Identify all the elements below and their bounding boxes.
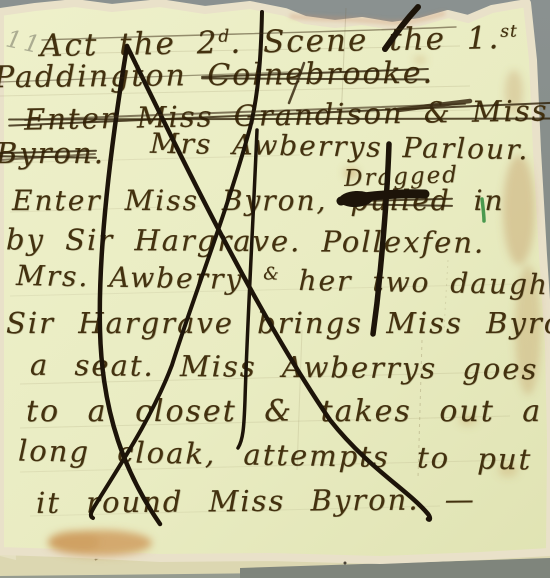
text-segment: it round Miss Byron. —	[36, 482, 476, 520]
line-action-1: Sir Hargrave brings Miss Byron	[6, 306, 550, 340]
text-segment: in	[451, 184, 505, 217]
line-action-5: it round Miss Byron. —	[36, 482, 476, 520]
text-segment: a seat. Miss Awberrys goes	[30, 348, 539, 386]
text-segment: long cloak, attempts to put	[18, 434, 533, 477]
text-segment: &	[263, 265, 279, 285]
text-segment: .	[94, 136, 105, 170]
text-segment: Enter Miss Byron,	[12, 184, 350, 217]
line-action-2: a seat. Miss Awberrys goes	[30, 348, 539, 386]
text-segment: pulled	[350, 184, 450, 217]
text-segment: to a closet & takes out a	[26, 394, 542, 429]
text-segment: Sir Hargrave brings Miss Byron	[6, 306, 550, 340]
text-segment: Paddington	[0, 58, 207, 95]
text-segment: .	[422, 56, 434, 91]
line-cancelled-direction-2: Byron.	[0, 136, 105, 170]
text-segment: st	[500, 22, 518, 42]
text-segment: Byron	[0, 136, 94, 170]
line-location: Paddington Colnebrooke.	[0, 56, 434, 96]
line-characters: Mrs. Awberry & her two daughtrs	[16, 259, 550, 302]
text-segment: by Sir Hargrave. Pollexfen.	[6, 222, 485, 259]
handwriting: 11 Act the 2d. Scene the 1.st Paddington…	[0, 0, 550, 578]
line-by-direction: by Sir Hargrave. Pollexfen.	[6, 222, 485, 259]
line-enter-direction: Enter Miss Byron, pulled in	[12, 184, 505, 217]
text-segment: Mrs. Awberry	[16, 259, 264, 296]
text-segment: . Scene the 1.	[230, 20, 501, 61]
text-segment: her two daughtrs	[278, 264, 550, 302]
line-setting: Mrs Awberrys Parlour.	[150, 127, 530, 167]
text-segment: Colnebrooke	[207, 56, 423, 93]
manuscript-photo: 11 Act the 2d. Scene the 1.st Paddington…	[0, 0, 550, 578]
line-action-4: long cloak, attempts to put	[18, 434, 533, 477]
text-segment: Mrs Awberrys Parlour.	[150, 127, 530, 167]
line-action-3: to a closet & takes out a	[26, 394, 542, 429]
text-segment: d	[218, 27, 230, 47]
